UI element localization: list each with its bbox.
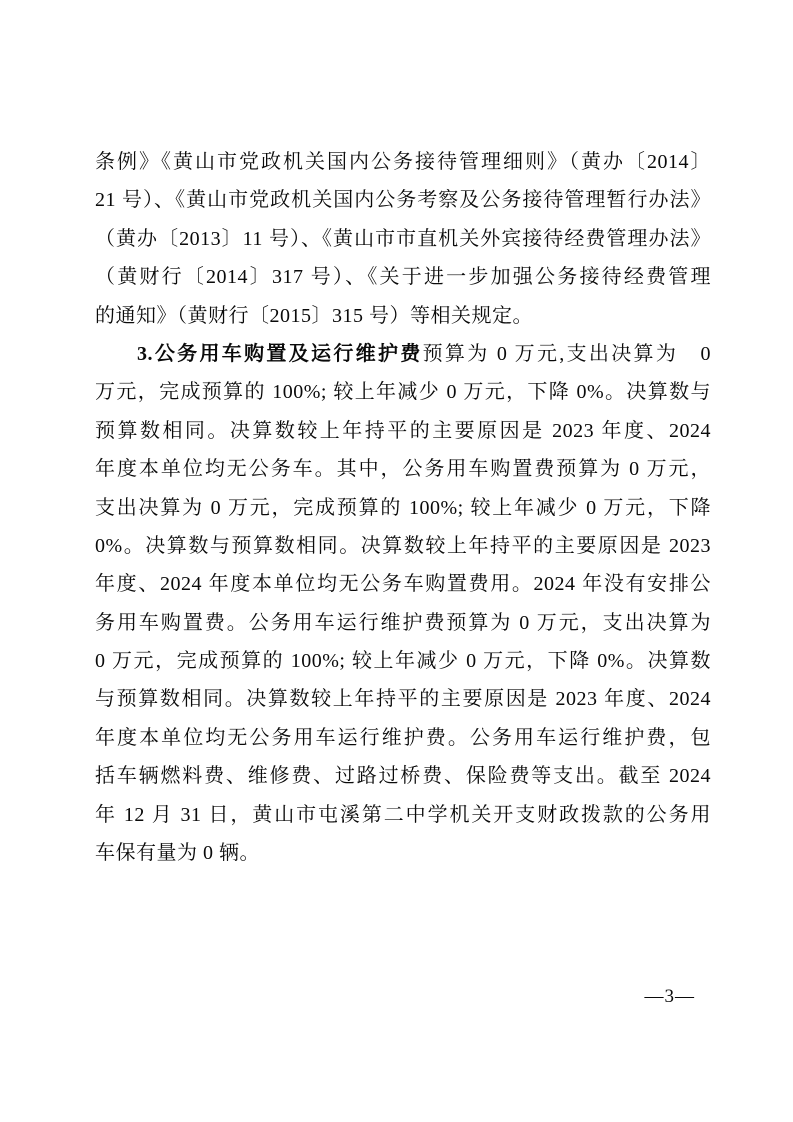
body-text-line: 年度本单位均无公务用车运行维护费。公务用车运行维护费，包 xyxy=(95,719,711,757)
body-text-line: （黄办〔2013〕11 号）、《黄山市市直机关外宾接待经费管理办法》 xyxy=(95,220,711,258)
body-text-line: 万元，完成预算的 100%; 较上年减少 0 万元，下降 0%。决算数与 xyxy=(95,373,711,411)
body-text-line: 0%。决算数与预算数相同。决算数较上年持平的主要原因是 2023 xyxy=(95,527,711,565)
document-page: 条例》《黄山市党政机关国内公务接待管理细则》（黄办〔2014〕 21 号）、《黄… xyxy=(0,0,793,1122)
body-text-line: 支出决算为 0 万元，完成预算的 100%; 较上年减少 0 万元，下降 xyxy=(95,489,711,527)
body-text-line: 条例》《黄山市党政机关国内公务接待管理细则》（黄办〔2014〕 xyxy=(95,143,711,181)
body-text-line: 21 号）、《黄山市党政机关国内公务考察及公务接待管理暂行办法》 xyxy=(95,181,711,219)
body-text-line: 括车辆燃料费、维修费、过路过桥费、保险费等支出。截至 2024 xyxy=(95,757,711,795)
body-text-line: （黄财行〔2014〕317 号）、《关于进一步加强公务接待经费管理 xyxy=(95,258,711,296)
body-text-line: 的通知》（黄财行〔2015〕315 号）等相关规定。 xyxy=(95,297,711,335)
body-text-line: 务用车购置费。公务用车运行维护费预算为 0 万元，支出决算为 xyxy=(95,604,711,642)
document-body: 条例》《黄山市党政机关国内公务接待管理细则》（黄办〔2014〕 21 号）、《黄… xyxy=(95,143,711,872)
body-text-line: 预算数相同。决算数较上年持平的主要原因是 2023 年度、2024 xyxy=(95,412,711,450)
item3-bold-heading: 3.公务用车购置及运行维护费 xyxy=(137,343,423,365)
body-text-line: 与预算数相同。决算数较上年持平的主要原因是 2023 年度、2024 xyxy=(95,680,711,718)
body-text-line-item3-first: 3.公务用车购置及运行维护费预算为 0 万元,支出决算为 0 xyxy=(95,335,711,373)
body-text-line: 0 万元，完成预算的 100%; 较上年减少 0 万元，下降 0%。决算数 xyxy=(95,642,711,680)
page-number: —3— xyxy=(645,985,696,1009)
item3-lead-rest: 预算为 0 万元,支出决算为 0 xyxy=(423,343,711,365)
body-text-line: 年度本单位均无公务车。其中，公务用车购置费预算为 0 万元， xyxy=(95,450,711,488)
body-text-line: 年 12 月 31 日，黄山市屯溪第二中学机关开支财政拨款的公务用 xyxy=(95,796,711,834)
body-text-line: 车保有量为 0 辆。 xyxy=(95,834,711,872)
body-text-line: 年度、2024 年度本单位均无公务车购置费用。2024 年没有安排公 xyxy=(95,565,711,603)
